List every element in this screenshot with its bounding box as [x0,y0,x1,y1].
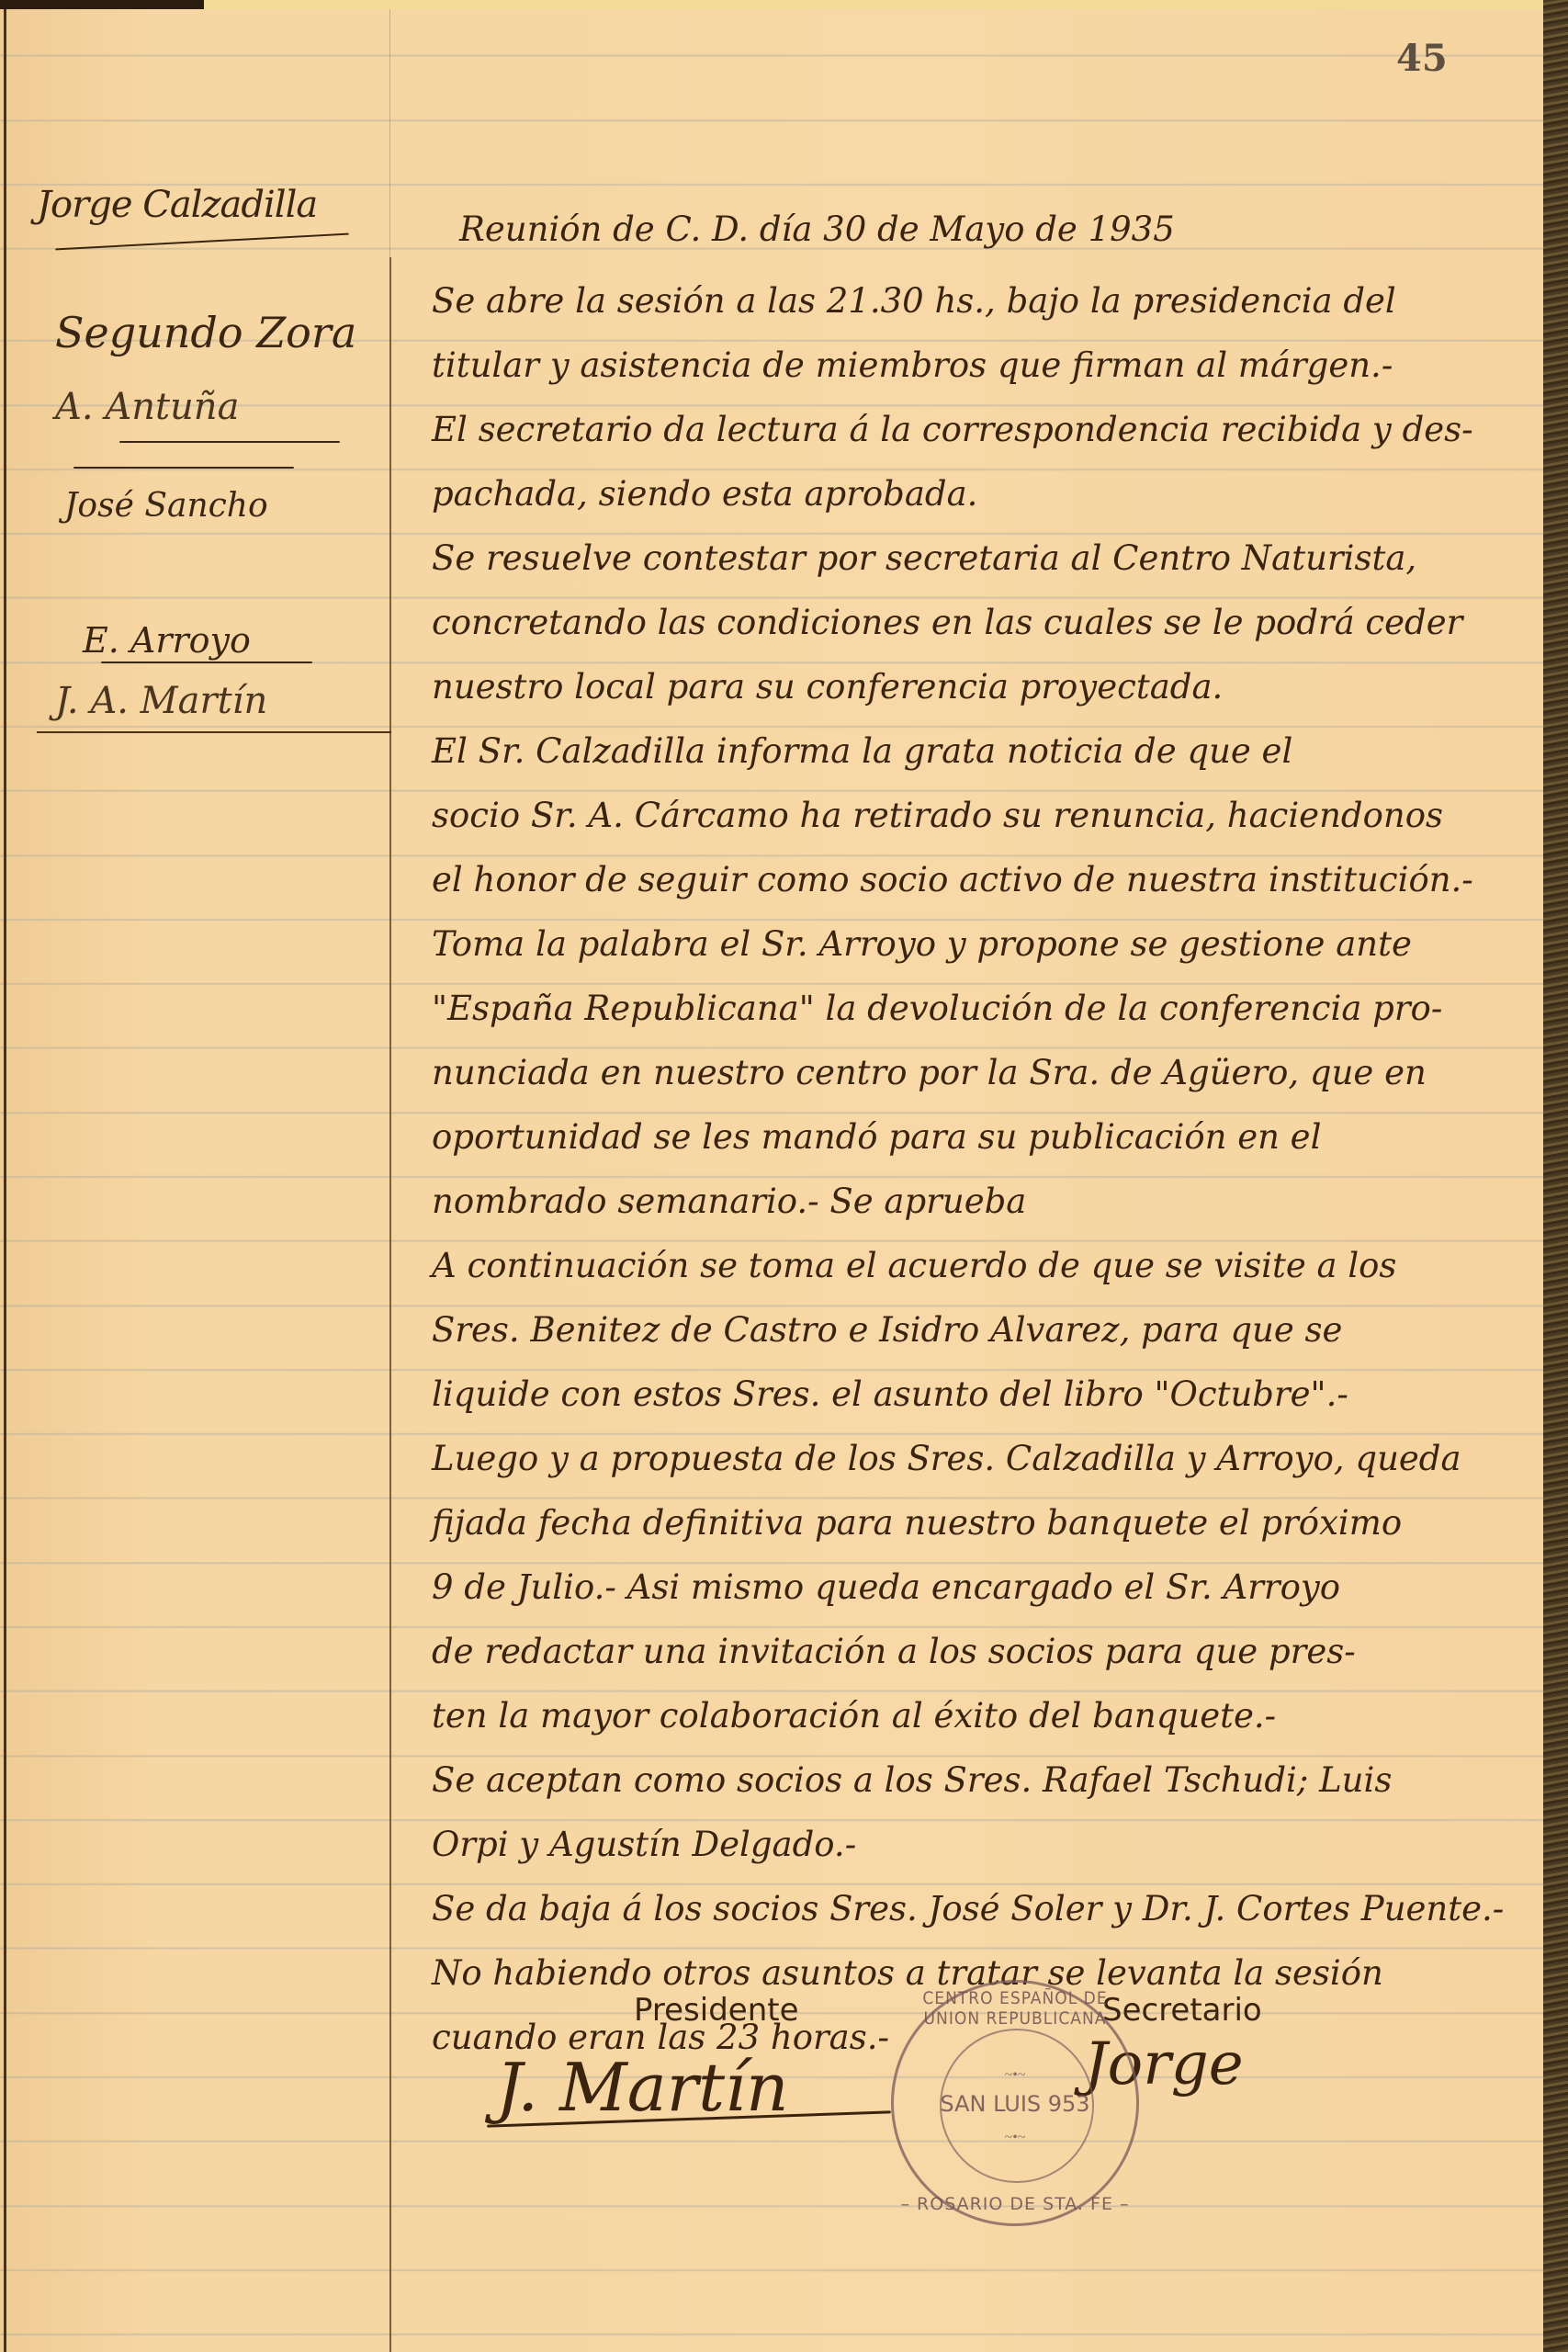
minutes-title: Reunión de C. D. día 30 de Mayo de 1935 [432,198,1529,262]
minutes-line: titular y asistencia de miembros que fir… [432,334,1529,398]
minutes-line: "España Republicana" la devolución de la… [432,977,1529,1041]
margin-rule [389,257,391,2352]
stamp-address: SAN LUIS 953 [894,2091,1136,2117]
signature-flourish [73,467,294,469]
signature-flourish [101,661,312,663]
margin-signature: Jorge Calzadilla [37,184,317,226]
margin-signature-separator [37,731,391,733]
margin-signature: José Sancho [64,487,268,525]
minutes-line: fijada fecha definitiva para nuestro ban… [432,1491,1529,1555]
minutes-line: Se resuelve contestar por secretaria al … [432,526,1529,591]
institution-stamp: CENTRO ESPAÑOL DE UNION REPUBLICANA ~•~ … [891,1980,1139,2226]
minutes-line: nombrado semanario.- Se aprueba [432,1170,1529,1234]
minutes-line: Se da baja á los socios Sres. José Soler… [432,1877,1529,1941]
president-signature: J. Martín [496,2049,788,2126]
signature-flourish [119,441,340,443]
adjacent-page-edge [204,0,1543,9]
minutes-line: concretando las condiciones en las cuale… [432,591,1529,655]
minutes-line: socio Sr. A. Cárcamo ha retirado su renu… [432,784,1529,848]
minutes-line: ten la mayor colaboración al éxito del b… [432,1684,1529,1748]
minutes-line: Orpi y Agustín Delgado.- [432,1813,1529,1877]
minutes-line: Se abre la sesión a las 21.30 hs., bajo … [432,269,1529,334]
minutes-line: El secretario da lectura á la correspond… [432,398,1529,462]
stamp-ornament-icon: ~•~ [894,2130,1136,2146]
minutes-line: oportunidad se les mandó para su publica… [432,1105,1529,1170]
minutes-line: Toma la palabra el Sr. Arroyo y propone … [432,912,1529,977]
stamp-ornament-icon: ~•~ [894,2067,1136,2084]
margin-signature: E. Arroyo [83,620,251,661]
margin-signature: Segundo Zora [55,308,356,357]
minutes-line: de redactar una invitación a los socios … [432,1620,1529,1684]
margin-signature: A. Antuña [55,386,239,428]
minutes-line: liquide con estos Sres. el asunto del li… [432,1363,1529,1427]
margin-rule-upper [389,9,390,257]
minutes-line: el honor de seguir como socio activo de … [432,848,1529,912]
minutes-line: Sres. Benitez de Castro e Isidro Alvarez… [432,1298,1529,1363]
minutes-line: nuestro local para su conferencia proyec… [432,655,1529,719]
stamp-ring-text-bottom: – ROSARIO DE STA. FE – [894,2194,1136,2214]
book-binding [1543,0,1568,2352]
minutes-line: 9 de Julio.- Asi mismo queda encargado e… [432,1555,1529,1620]
ledger-page: 45 Jorge Calzadilla Segundo Zora A. Antu… [0,9,1543,2352]
meeting-minutes: Reunión de C. D. día 30 de Mayo de 1935 … [432,198,1529,2070]
minutes-line: Luego y a propuesta de los Sres. Calzadi… [432,1427,1529,1491]
margin-signature: J. A. Martín [55,680,267,722]
minutes-line: Se aceptan como socios a los Sres. Rafae… [432,1748,1529,1813]
page-left-edge [4,9,6,2352]
president-label: Presidente [634,1992,799,2029]
stamp-ring-text-top: CENTRO ESPAÑOL DE UNION REPUBLICANA [894,1988,1136,2029]
page-number: 45 [1396,37,1448,80]
minutes-line: nunciada en nuestro centro por la Sra. d… [432,1041,1529,1105]
minutes-line: El Sr. Calzadilla informa la grata notic… [432,719,1529,784]
minutes-line: A continuación se toma el acuerdo de que… [432,1234,1529,1298]
minutes-line: pachada, siendo esta aprobada. [432,462,1529,526]
